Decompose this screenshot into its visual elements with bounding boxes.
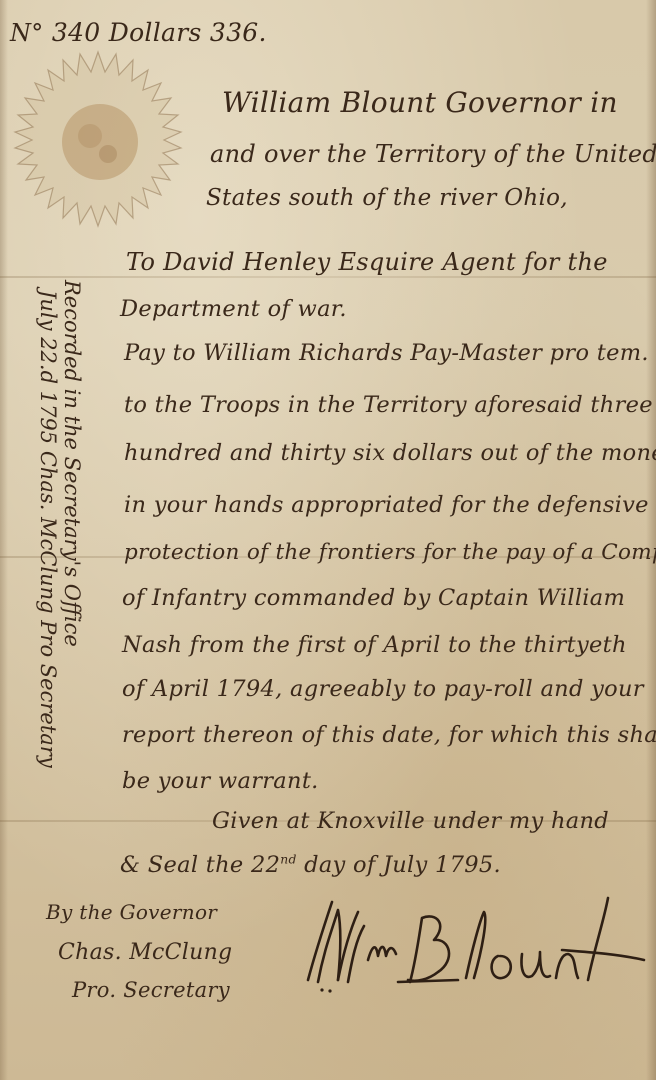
number-prefix: N°	[10, 19, 44, 47]
amount-label: Dollars	[109, 18, 202, 47]
warrant-header: N° 340 Dollars 336.	[10, 18, 267, 47]
body-line-addressee: To David Henley Esquire Agent for the	[126, 248, 608, 276]
body-line: hundred and thirty six dollars out of th…	[124, 440, 656, 466]
body-line: of April 1794, agreeably to pay-roll and…	[122, 676, 644, 702]
body-line: in your hands appropriated for the defen…	[124, 492, 649, 518]
attestation-name: Chas. McClung	[58, 940, 232, 965]
date-prefix: & Seal the 22	[120, 852, 280, 878]
date-line: & Seal the 22nd day of July 1795.	[120, 852, 501, 878]
body-line: of Infantry commanded by Captain William	[122, 585, 625, 611]
amount-value: 336.	[210, 18, 267, 47]
title-line-2: and over the Territory of the United	[210, 140, 656, 168]
date-ordinal: nd	[280, 853, 296, 867]
body-line: Pay to William Richards Pay-Master pro t…	[124, 340, 649, 366]
fold-crease	[0, 276, 656, 278]
body-line: report thereon of this date, for which t…	[122, 722, 656, 748]
embossed-seal-icon	[8, 48, 188, 228]
attestation-title: Pro. Secretary	[72, 978, 230, 1002]
margin-note-line-1: Recorded in the Secretary's Office	[60, 280, 84, 647]
warrant-number: 340	[52, 18, 101, 47]
date-suffix: day of July 1795.	[297, 852, 501, 878]
margin-note-line-2: July 22.d 1795 Chas. McClung Pro Secreta…	[36, 290, 60, 768]
body-line: be your warrant.	[122, 768, 319, 794]
body-line: to the Troops in the Territory aforesaid…	[124, 392, 653, 418]
given-at-line: Given at Knoxville under my hand	[212, 808, 609, 834]
attestation-by-line: By the Governor	[46, 900, 217, 924]
document-page: N° 340 Dollars 336. William Blount Gover…	[0, 0, 656, 1080]
signature-text: Wm. Blount	[300, 918, 622, 981]
title-line-1: William Blount Governor in	[222, 86, 618, 119]
margin-recording-note: Recorded in the Secretary's Office July …	[20, 280, 90, 880]
body-line: Nash from the first of April to the thir…	[122, 632, 627, 658]
title-line-3: States south of the river Ohio,	[206, 185, 568, 211]
body-line: protection of the frontiers for the pay …	[124, 540, 656, 565]
paper-edge-left	[0, 0, 8, 1080]
body-line-department: Department of war.	[120, 296, 347, 322]
